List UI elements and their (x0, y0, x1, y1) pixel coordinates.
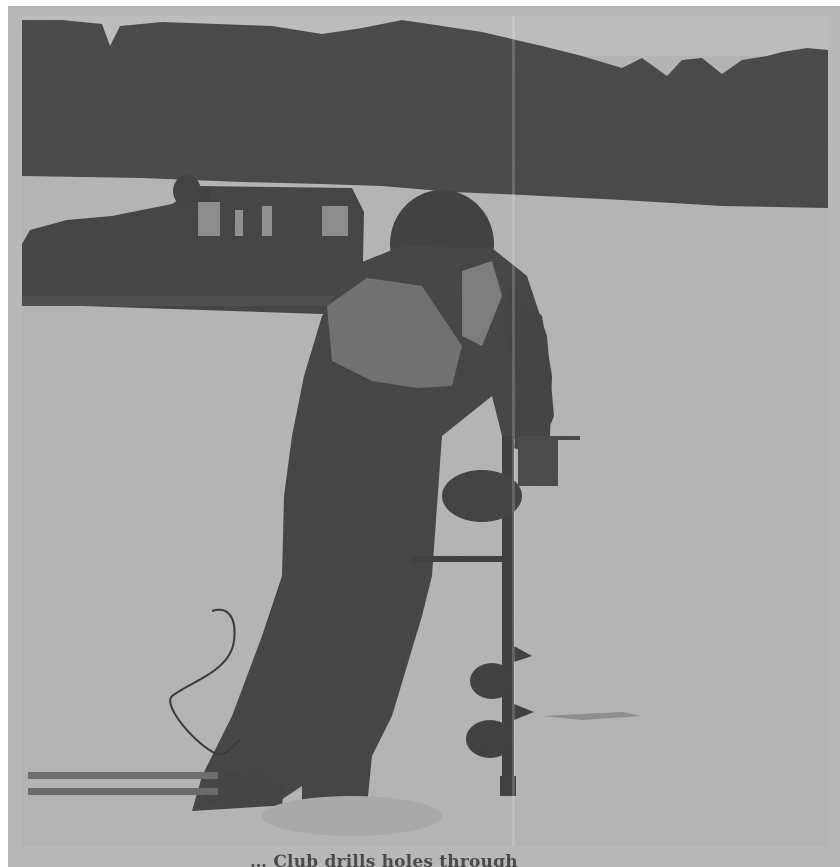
photo-illustration (22, 16, 828, 846)
caption-text: … Club drills holes through (250, 852, 518, 867)
ice-fishing-photo (22, 16, 828, 846)
photo-caption: … Club drills holes through (0, 852, 840, 867)
newsprint-fold-line (512, 16, 515, 846)
